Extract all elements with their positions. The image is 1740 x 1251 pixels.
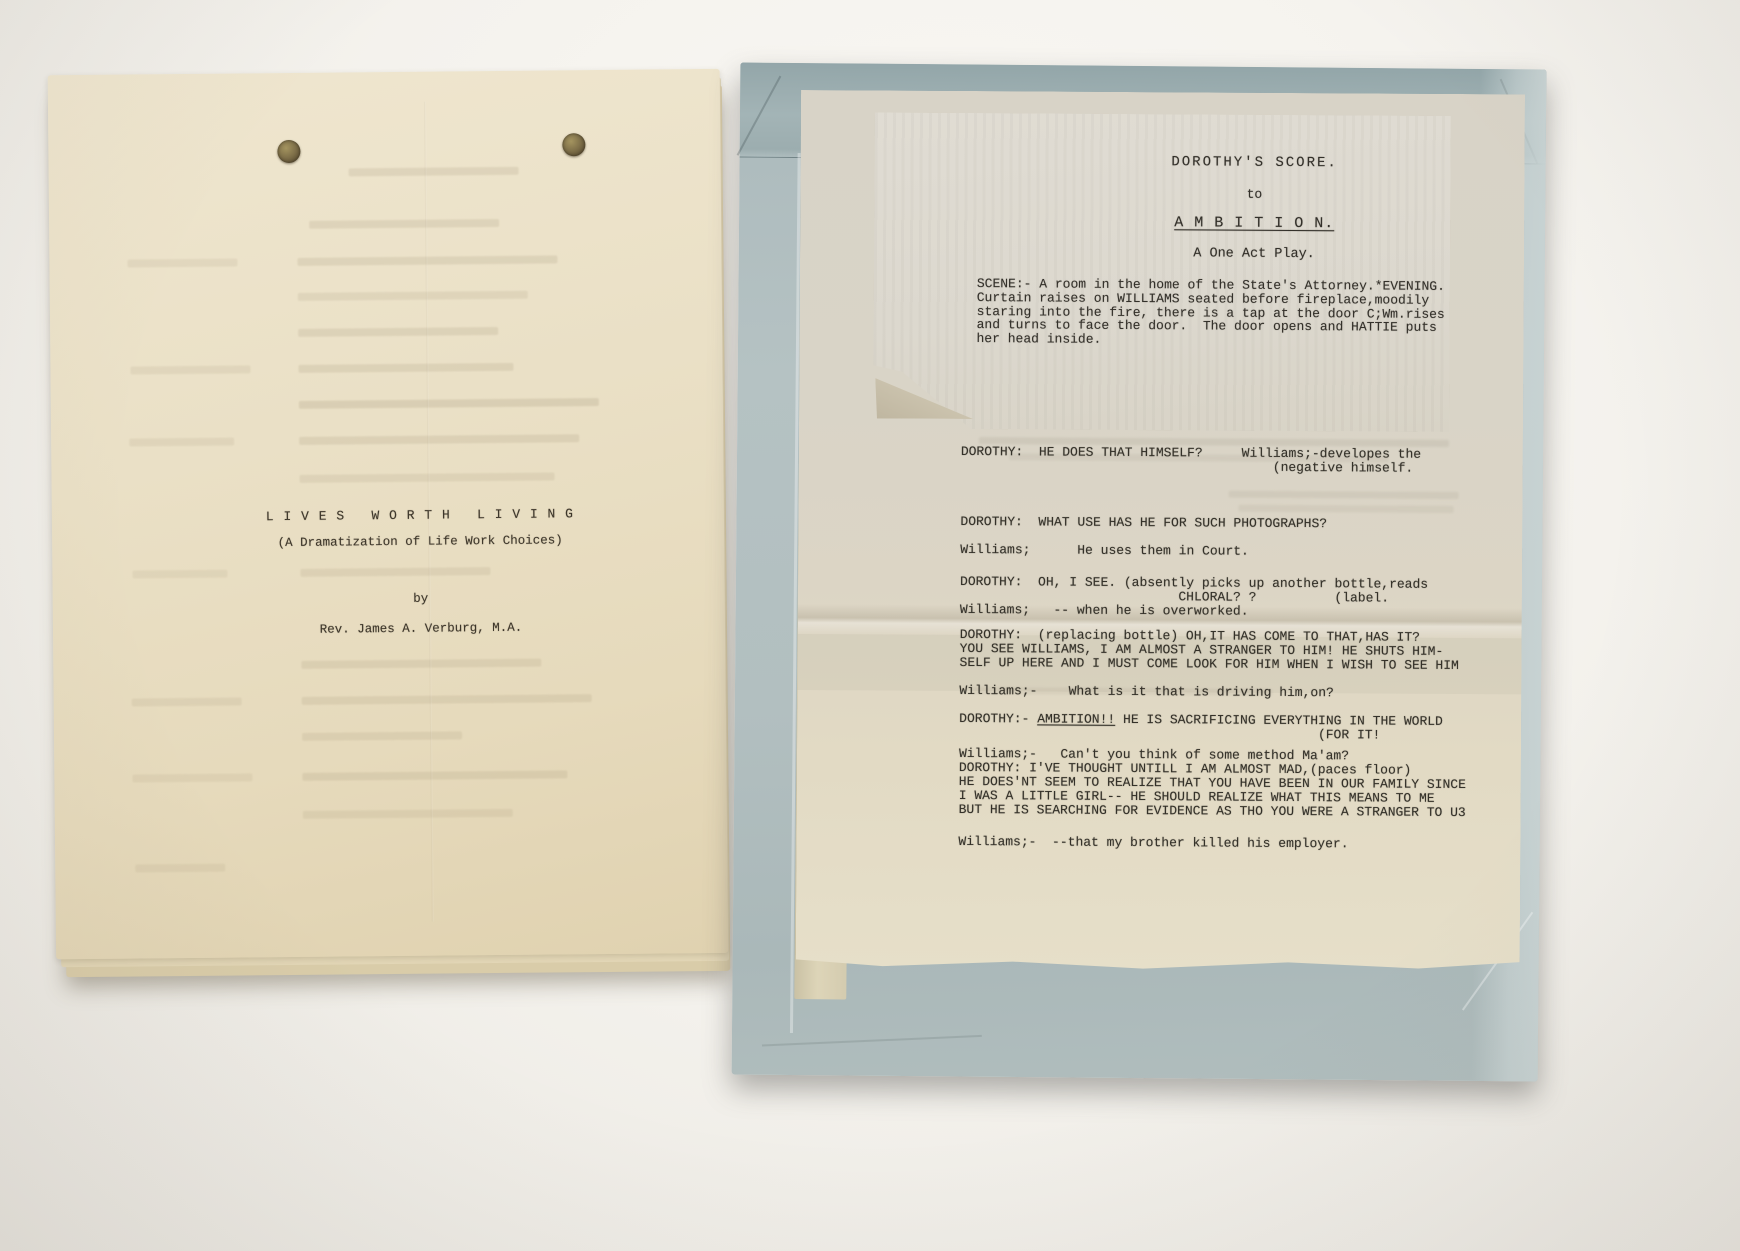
ghost-line <box>302 731 462 741</box>
brass-fastener-right <box>562 133 585 156</box>
dialogue-line: Williams; -- when he is overworked. <box>960 603 1249 619</box>
ghost-line <box>297 255 557 265</box>
dialogue-line: Williams;- --that my brother killed his … <box>958 835 1348 851</box>
ghost-line <box>298 327 498 337</box>
dialogue-line: DOROTHY: WHAT USE HAS HE FOR SUCH PHOTOG… <box>960 515 1327 531</box>
ghost-line <box>299 434 579 445</box>
script-to-line: to <box>1074 186 1434 203</box>
ghost-line <box>132 773 252 782</box>
ghost-line <box>132 697 242 706</box>
ghost-line <box>302 694 592 705</box>
ghost-line <box>127 258 237 267</box>
dialogue-line: BUT HE IS SEARCHING FOR EVIDENCE AS THO … <box>959 803 1466 820</box>
ghost-line <box>303 809 513 819</box>
ghost-line <box>298 291 528 301</box>
left-subtitle: (A Dramatization of Life Work Choices) <box>100 532 740 552</box>
ghost-line <box>349 167 519 177</box>
ghost-line <box>129 438 234 447</box>
dialogue-line: Williams; He uses them in Court. <box>960 543 1249 559</box>
dialogue-line: (negative himself. <box>961 459 1414 476</box>
ghost-line <box>1229 491 1459 499</box>
ghost-line <box>309 219 499 229</box>
dialogue-line: Williams;- What is it that is driving hi… <box>959 684 1334 700</box>
ghost-line <box>135 864 225 873</box>
right-script-folder: DOROTHY'S SCORE. to A M B I T I O N. A O… <box>732 63 1547 1082</box>
ghost-line <box>302 770 567 781</box>
ghost-text-bleedthrough <box>48 69 720 75</box>
left-byline: by <box>101 589 741 609</box>
script-title: A M B I T I O N. <box>1074 214 1434 233</box>
left-manuscript: L I V E S W O R T H L I V I N G (A Drama… <box>48 69 741 980</box>
folder-bottom-crease <box>762 1035 982 1047</box>
ghost-line <box>300 567 490 577</box>
dialogue-line: (FOR IT! <box>959 726 1380 743</box>
ghost-line <box>299 398 599 409</box>
left-manuscript-cover-page: L I V E S W O R T H L I V I N G (A Drama… <box>48 69 728 959</box>
scene-description-line: her head inside. <box>976 332 1101 346</box>
script-header-sheet: DOROTHY'S SCORE. to A M B I T I O N. A O… <box>873 112 1451 432</box>
brass-fastener-left <box>277 140 300 163</box>
script-page: DOROTHY'S SCORE. to A M B I T I O N. A O… <box>796 90 1525 974</box>
left-author: Rev. James A. Verburg, M.A. <box>101 619 741 639</box>
script-subtitle: A One Act Play. <box>1074 246 1434 263</box>
ghost-line <box>298 363 513 373</box>
ghost-line <box>132 570 227 579</box>
left-title: L I V E S W O R T H L I V I N G <box>100 505 740 526</box>
ghost-line <box>301 659 541 669</box>
ghost-line <box>130 365 250 374</box>
ghost-line <box>300 472 555 482</box>
script-score-line: DOROTHY'S SCORE. <box>1075 154 1435 172</box>
ghost-line <box>1238 505 1453 513</box>
photo-of-two-typescripts: L I V E S W O R T H L I V I N G (A Drama… <box>0 0 1740 1251</box>
